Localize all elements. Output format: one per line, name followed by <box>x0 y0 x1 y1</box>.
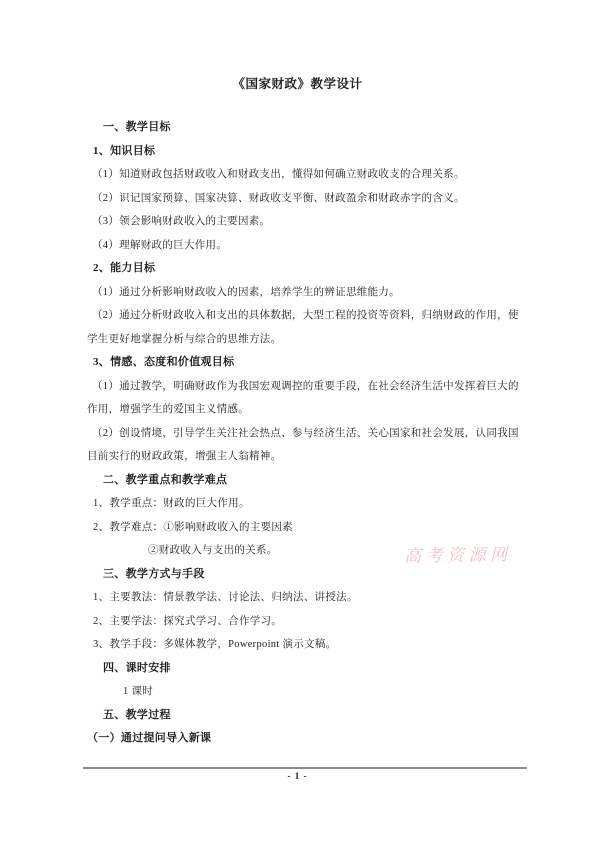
paragraph-difficult-point-1: 2、教学难点：①影响财政收入的主要因素 <box>87 516 508 540</box>
subheading-emotion-goals: 3、情感、态度和价值观目标 <box>87 351 508 375</box>
heading-class-schedule: 四、课时安排 <box>87 657 508 681</box>
paragraph-emotion-item-1: （1）通过教学，明确财政作为我国宏观调控的重要手段，在社会经济生活中发挥着巨大的 <box>87 375 508 399</box>
paragraph-knowledge-item-3: （3）领会影响财政收入的主要因素。 <box>87 210 508 234</box>
paragraph-knowledge-item-4: （4）理解财政的巨大作用。 <box>87 234 508 258</box>
paragraph-emotion-item-2-cont: 目前实行的财政政策，增强主人翁精神。 <box>87 445 508 469</box>
paragraph-teaching-method: 1、主要教法：情景教学法、讨论法、归纳法、讲授法。 <box>87 586 508 610</box>
subheading-lead-in-question: （一）通过提问导入新课 <box>87 727 508 751</box>
heading-key-difficult-points: 二、教学重点和教学难点 <box>87 469 508 493</box>
paragraph-emotion-item-1-cont: 作用，增强学生的爱国主义情感。 <box>87 398 508 422</box>
footer-divider <box>83 767 527 769</box>
heading-teaching-goals: 一、教学目标 <box>87 116 508 140</box>
page-number: - 1 - <box>0 771 595 781</box>
watermark-gaokao-ziyuanwang: 高考资源网 <box>404 540 512 567</box>
paragraph-ability-item-1: （1）通过分析影响财政收入的因素，培养学生的辨证思维能力。 <box>87 281 508 305</box>
document-page: 《国家财政》教学设计 一、教学目标 1、知识目标 （1）知道财政包括财政收入和财… <box>0 0 595 842</box>
paragraph-knowledge-item-2: （2）识记国家预算、国家决算、财政收支平衡、财政盈余和财政赤字的含义。 <box>87 187 508 211</box>
document-body: 一、教学目标 1、知识目标 （1）知道财政包括财政收入和财政支出，懂得如何确立财… <box>87 116 508 751</box>
subheading-knowledge-goals: 1、知识目标 <box>87 140 508 164</box>
paragraph-knowledge-item-1: （1）知道财政包括财政收入和财政支出，懂得如何确立财政收支的合理关系。 <box>87 163 508 187</box>
heading-teaching-process: 五、教学过程 <box>87 704 508 728</box>
document-title: 《国家财政》教学设计 <box>0 74 595 92</box>
paragraph-emotion-item-2: （2）创设情境，引导学生关注社会热点、参与经济生活、关心国家和社会发展，认同我国 <box>87 422 508 446</box>
paragraph-teaching-means: 3、教学手段：多媒体教学，Powerpoint 演示文稿。 <box>87 633 508 657</box>
paragraph-ability-item-2-cont: 学生更好地掌握分析与综合的思维方法。 <box>87 328 508 352</box>
paragraph-ability-item-2: （2）通过分析财政收入和支出的具体数据，大型工程的投资等资料，归纳财政的作用，使 <box>87 304 508 328</box>
paragraph-key-point: 1、教学重点：财政的巨大作用。 <box>87 492 508 516</box>
subheading-ability-goals: 2、能力目标 <box>87 257 508 281</box>
paragraph-class-hours: 1 课时 <box>87 680 508 704</box>
paragraph-learning-method: 2、主要学法：探究式学习、合作学习。 <box>87 610 508 634</box>
